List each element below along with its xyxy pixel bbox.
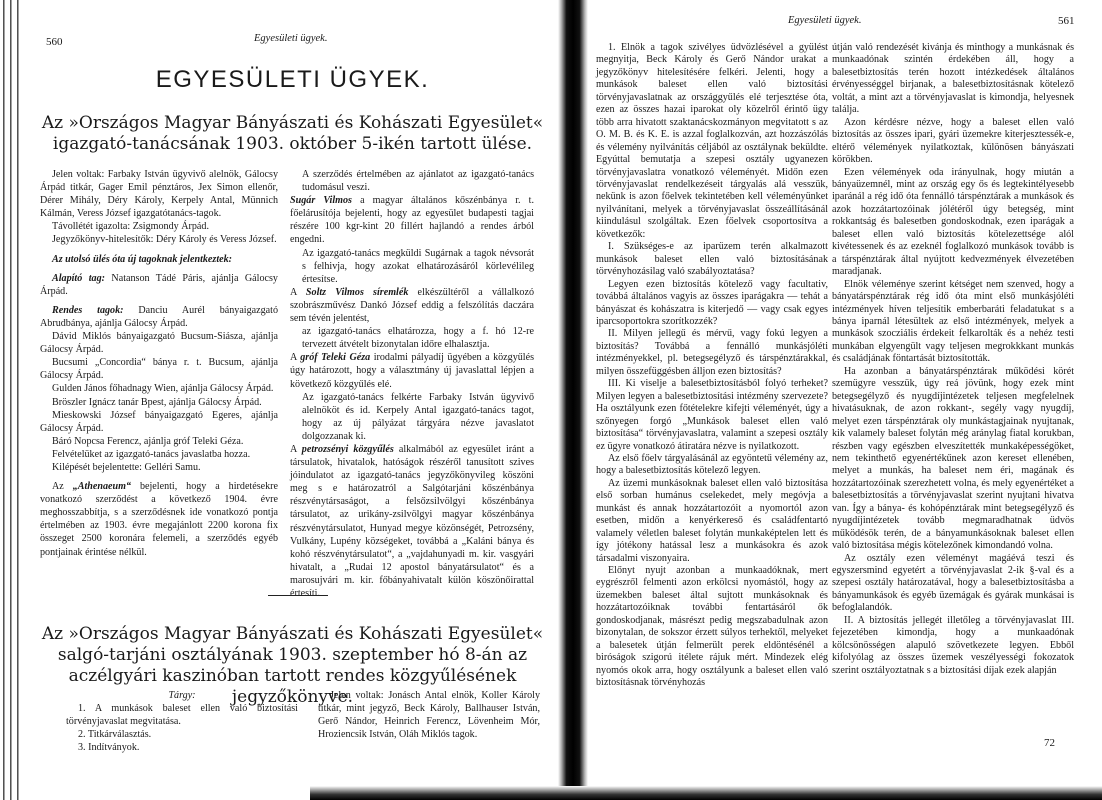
paragraph: Dávid Miklós bányaigazgató Bucsum-Siásza…	[40, 330, 278, 356]
paragraph: Előnyt nyujt azonban a munkaadóknak, mer…	[596, 565, 828, 690]
running-head: Egyesületi ügyek.	[254, 33, 327, 44]
paragraph: Alapító tag: Natanson Tádé Páris, ajánlj…	[40, 272, 278, 298]
page-number: 560	[46, 36, 63, 48]
paragraph: Az üzemi munkásoknak baleset ellen való …	[596, 478, 828, 565]
paragraph: Azon kérdésre nézve, hogy a baleset elle…	[832, 117, 1074, 167]
paragraph: A Soltz Vilmos síremlék elkészültéről a …	[290, 286, 534, 325]
paragraph: Ha azonban a bányatárspénztárak működési…	[832, 366, 1074, 553]
main-title: EGYESÜLETI ÜGYEK.	[40, 66, 545, 94]
founding-member-label: Alapító tag:	[52, 273, 105, 284]
paragraph: II. Milyen jellegű és mérvű, vagy fokú l…	[596, 328, 828, 378]
left-page: 560 Egyesületi ügyek. EGYESÜLETI ÜGYEK. …	[40, 0, 545, 800]
paragraph: Sugár Vilmos a magyar általános kőszénbá…	[290, 194, 534, 246]
meeting-name: petrozsényi közgyűlés	[302, 444, 394, 455]
paragraph: Mieskowski József bányaigazgató Egeres, …	[40, 409, 278, 435]
page-number: 561	[1058, 15, 1075, 27]
agenda-column: Tárgy: 1. A munkások baleset ellen való …	[66, 689, 298, 754]
paragraph: Az igazgató-tanács megküldi Sugárnak a t…	[290, 247, 534, 286]
paragraph: Felvételüket az igazgató-tanács javaslat…	[40, 448, 278, 461]
paragraph: A petrozsényi közgyűlés alkalmából az eg…	[290, 443, 534, 600]
agenda-item: 1. A munkások baleset ellen való biztosí…	[66, 702, 298, 728]
regular-members-label: Rendes tagok:	[52, 305, 124, 316]
paragraph: II. A biztosítás jellegét illetőleg a tö…	[832, 615, 1074, 677]
agenda-heading: Tárgy:	[66, 689, 298, 702]
section-divider	[268, 595, 328, 596]
paragraph: Jelen voltak: Farbaky István ügyvivő ale…	[40, 168, 278, 220]
paragraph: Jegyzőkönyv-hitelesítők: Déry Károly és …	[40, 233, 278, 246]
paragraph: Báró Nopcsa Ferencz, ajánlja gróf Teleki…	[40, 435, 278, 448]
paragraph: Elnök véleménye szerint kétséget nem sze…	[832, 279, 1074, 366]
right-page: Egyesületi ügyek. 561 1. Elnök a tagok s…	[596, 0, 1082, 800]
paragraph: Kilépését bejelentette: Gelléri Samu.	[40, 461, 278, 474]
paragraph: Az első főelv tárgyalásánál az egyöntetű…	[596, 453, 828, 478]
paragraph: Az igazgató-tanács felkérte Farbaky Istv…	[290, 391, 534, 443]
paragraph-text: A	[290, 444, 302, 455]
paragraph-text: A	[290, 287, 306, 298]
paragraph: Ezen vélemények oda irányulnak, hogy miu…	[832, 167, 1074, 279]
paragraph-text: A	[290, 352, 300, 363]
paragraph: Jelen voltak: Jonásch Antal elnök, Kolle…	[318, 689, 540, 741]
left-column-2: A szerződés értelmében az ajánlatot az i…	[290, 168, 534, 600]
paragraph: I. Szükséges-e az iparüzem terén alkalma…	[596, 241, 828, 278]
paragraph: útján való rendezését kivánja és minthog…	[832, 42, 1074, 117]
paragraph: az igazgató-tanács elhatározza, hogy a f…	[290, 325, 534, 351]
section-title-board-meeting: Az »Országos Magyar Bányászati és Kohász…	[40, 113, 545, 155]
paragraph: A gróf Teleki Géza irodalmi pályadíj ügy…	[290, 351, 534, 390]
person-name: gróf Teleki Géza	[300, 352, 370, 363]
new-members-heading: Az utolsó ülés óta új tagoknak jelentkez…	[40, 253, 278, 266]
paragraph: 1. Elnök a tagok szivélyes üdvözlésével …	[596, 42, 828, 241]
paragraph: III. Ki viselje a balesetbiztosításból f…	[596, 378, 828, 453]
page-edges	[0, 0, 22, 800]
paragraph: Távollétét igazolta: Zsigmondy Árpád.	[40, 220, 278, 233]
agenda-item: 2. Titkárválasztás.	[66, 728, 298, 741]
book-spine	[558, 0, 588, 800]
book-spread: 560 Egyesületi ügyek. EGYESÜLETI ÜGYEK. …	[0, 0, 1102, 800]
sheet-signature: 72	[1044, 737, 1055, 749]
paragraph: Legyen ezen biztosítás kötelező vagy fac…	[596, 279, 828, 329]
paragraph-text: Az	[52, 481, 73, 492]
running-head: Egyesületi ügyek.	[788, 15, 861, 26]
left-column-1: Jelen voltak: Farbaky István ügyvivő ale…	[40, 168, 278, 559]
paragraph: Az osztály ezen véleményt magáévá teszi …	[832, 553, 1074, 615]
monument-name: Soltz Vilmos síremlék	[306, 287, 408, 298]
athenaeum-name: „Athenaeum“	[73, 481, 131, 492]
paragraph: Rendes tagok: Danciu Aurél bányaigazgató…	[40, 304, 278, 330]
paragraph-text: bejelenti, hogy a hirdetésekre vonatkozó…	[40, 481, 278, 557]
right-column-2: útján való rendezését kivánja és minthog…	[832, 42, 1074, 677]
paragraph-text: alkalmából az egyesület iránt a társulat…	[290, 444, 534, 599]
scan-shadow	[310, 786, 1102, 800]
paragraph: Bröszler Ignácz tanár Bpest, ajánlja Gál…	[40, 396, 278, 409]
person-name: Sugár Vilmos	[290, 195, 352, 206]
right-column-1: 1. Elnök a tagok szivélyes üdvözlésével …	[596, 42, 828, 690]
paragraph: Az „Athenaeum“ bejelenti, hogy a hirdeté…	[40, 480, 278, 559]
agenda-item: 3. Indítványok.	[66, 741, 298, 754]
attendees-column: Jelen voltak: Jonásch Antal elnök, Kolle…	[318, 689, 540, 741]
paragraph: Bucsumi „Concordia“ bánya r. t. Bucsum, …	[40, 356, 278, 382]
paragraph: Gulden János főhadnagy Wien, ajánlja Gál…	[40, 382, 278, 395]
paragraph: A szerződés értelmében az ajánlatot az i…	[290, 168, 534, 194]
